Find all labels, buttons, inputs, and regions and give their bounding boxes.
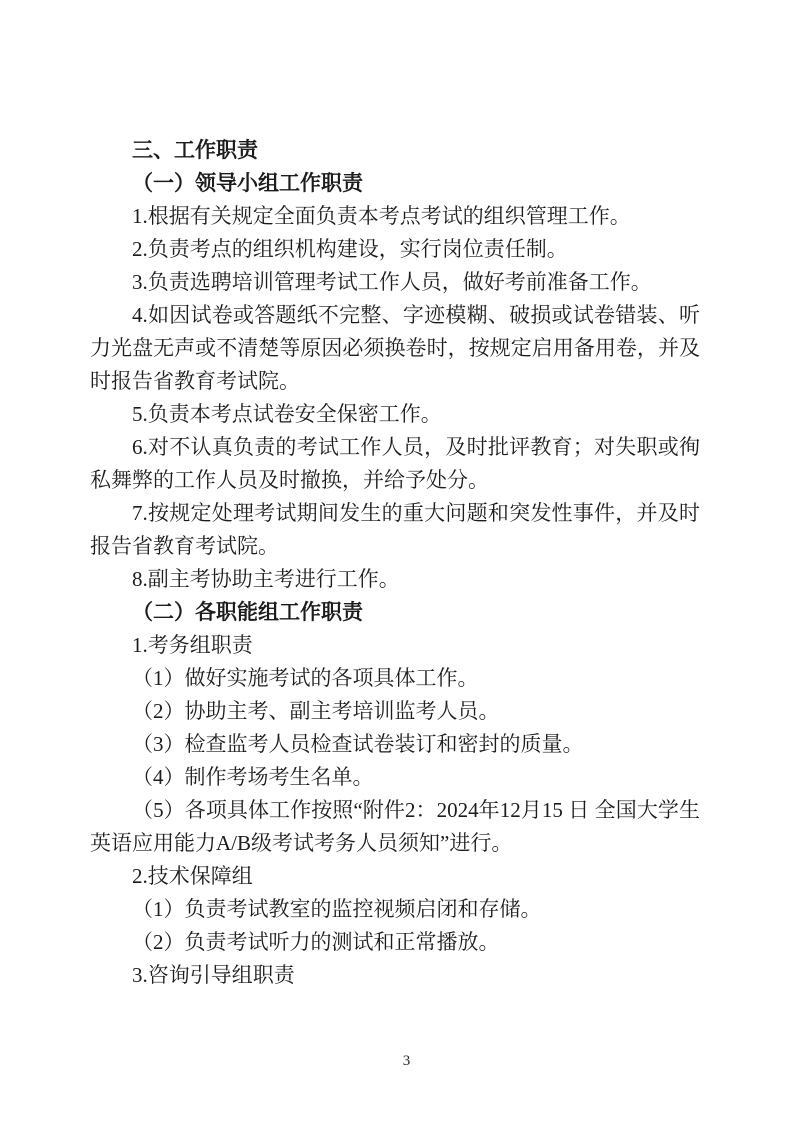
document-page: 三、工作职责 （一）领导小组工作职责 1.根据有关规定全面负责本考点考试的组织管… [0, 0, 793, 1122]
subsection-heading-2: （二）各职能组工作职责 [90, 596, 700, 629]
page-number: 3 [0, 1051, 793, 1071]
paragraph-group-1-item-1: （1）做好实施考试的各项具体工作。 [90, 662, 700, 695]
paragraph-item-2: 2.负责考点的组织机构建设，实行岗位责任制。 [90, 233, 700, 266]
paragraph-item-6: 6.对不认真负责的考试工作人员，及时批评教育；对失职或徇私舞弊的工作人员及时撤换… [90, 431, 700, 497]
paragraph-group-2-item-1: （1）负责考试教室的监控视频启闭和存储。 [90, 893, 700, 926]
paragraph-item-7: 7.按规定处理考试期间发生的重大问题和突发性事件，并及时报告省教育考试院。 [90, 497, 700, 563]
paragraph-item-3: 3.负责选聘培训管理考试工作人员，做好考前准备工作。 [90, 266, 700, 299]
paragraph-group-1-item-3: （3）检查监考人员检查试卷装订和密封的质量。 [90, 728, 700, 761]
paragraph-item-5: 5.负责本考点试卷安全保密工作。 [90, 398, 700, 431]
paragraph-group-2-title: 2.技术保障组 [90, 860, 700, 893]
paragraph-group-1-title: 1.考务组职责 [90, 629, 700, 662]
paragraph-group-3-title: 3.咨询引导组职责 [90, 959, 700, 992]
section-heading: 三、工作职责 [90, 134, 700, 167]
paragraph-group-2-item-2: （2）负责考试听力的测试和正常播放。 [90, 926, 700, 959]
paragraph-item-8: 8.副主考协助主考进行工作。 [90, 563, 700, 596]
subsection-heading-1: （一）领导小组工作职责 [90, 167, 700, 200]
document-body: 三、工作职责 （一）领导小组工作职责 1.根据有关规定全面负责本考点考试的组织管… [90, 134, 700, 992]
paragraph-item-4: 4.如因试卷或答题纸不完整、字迹模糊、破损或试卷错装、听力光盘无声或不清楚等原因… [90, 299, 700, 398]
paragraph-group-1-item-5: （5）各项具体工作按照“附件2：2024年12月15 日 全国大学生英语应用能力… [90, 794, 700, 860]
paragraph-group-1-item-2: （2）协助主考、副主考培训监考人员。 [90, 695, 700, 728]
paragraph-item-1: 1.根据有关规定全面负责本考点考试的组织管理工作。 [90, 200, 700, 233]
paragraph-group-1-item-4: （4）制作考场考生名单。 [90, 761, 700, 794]
